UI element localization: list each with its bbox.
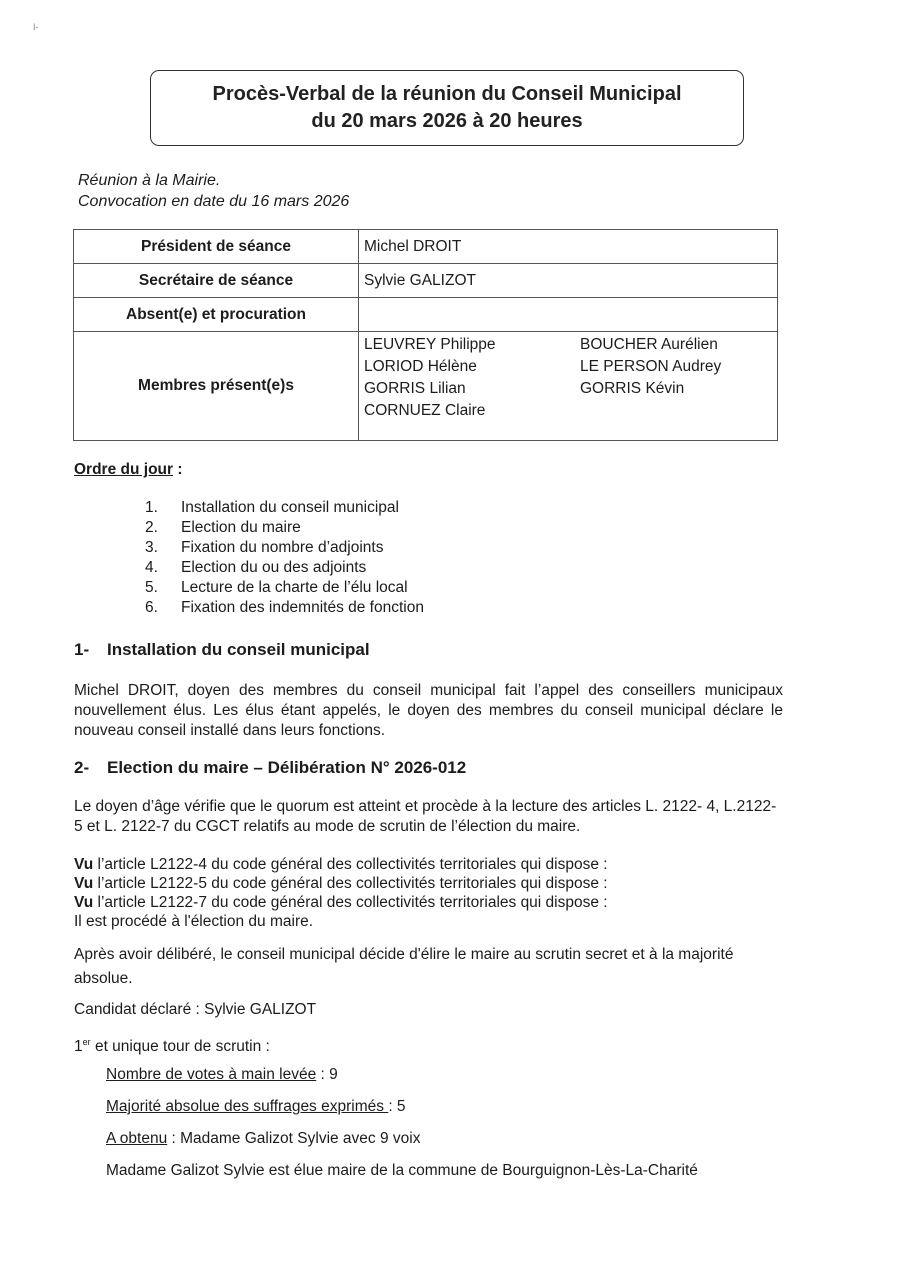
agenda-title-suffix: : (173, 461, 182, 478)
agenda-title: Ordre du jour (74, 461, 173, 478)
declared-candidate: Candidat déclaré : Sylvie GALIZOT (74, 1000, 783, 1020)
vu-keyword: Vu (74, 875, 93, 892)
section-1-heading: 1-Installation du conseil municipal (74, 640, 370, 660)
table-row: Absent(e) et procuration (74, 298, 778, 332)
member-name: GORRIS Kévin (580, 378, 721, 400)
agenda-item-number: 2. (145, 518, 181, 538)
vu-item: Vu l’article L2122-5 du code général des… (74, 874, 783, 893)
agenda-item: 5.Lecture de la charte de l’élu local (145, 578, 424, 598)
absent-value (359, 298, 778, 332)
obtained-label: A obtenu (106, 1130, 167, 1147)
absolute-majority: Majorité absolue des suffrages exprimés … (106, 1098, 406, 1116)
agenda-list: 1.Installation du conseil municipal2.Ele… (145, 498, 424, 618)
agenda-item-label: Installation du conseil municipal (181, 498, 399, 518)
election-result: Madame Galizot Sylvie est élue maire de … (106, 1162, 698, 1180)
member-name: LEUVREY Philippe (364, 334, 580, 356)
obtained-value: : Madame Galizot Sylvie avec 9 voix (167, 1130, 420, 1147)
agenda-item-label: Election du maire (181, 518, 301, 538)
round-text: et unique tour de scrutin : (91, 1038, 270, 1055)
agenda-item-label: Election du ou des adjoints (181, 558, 366, 578)
agenda-heading: Ordre du jour : (74, 461, 183, 479)
member-name: GORRIS Lilian (364, 378, 580, 400)
absent-label: Absent(e) et procuration (74, 298, 359, 332)
president-label: Président de séance (74, 230, 359, 264)
agenda-item-number: 6. (145, 598, 181, 618)
vu-item: Vu l’article L2122-7 du code général des… (74, 893, 783, 912)
members-value: LEUVREY PhilippeLORIOD HélèneGORRIS Lili… (359, 332, 778, 441)
voting-round: 1er et unique tour de scrutin : (74, 1032, 783, 1057)
agenda-item: 2.Election du maire (145, 518, 424, 538)
majority-label: Majorité absolue des suffrages exprimés (106, 1098, 388, 1115)
procede-statement: Il est procédé à l'élection du maire. (74, 912, 783, 932)
secretary-label: Secrétaire de séance (74, 264, 359, 298)
vu-keyword: Vu (74, 894, 93, 911)
section-2-intro: Le doyen d’âge vérifie que le quorum est… (74, 797, 783, 837)
section-title: Election du maire (107, 758, 249, 777)
majority-value: : 5 (388, 1098, 405, 1115)
vu-text: l’article L2122-5 du code général des co… (93, 875, 607, 892)
secretary-value: Sylvie GALIZOT (359, 264, 778, 298)
members-column-1: LEUVREY PhilippeLORIOD HélèneGORRIS Lili… (364, 334, 580, 422)
table-row: Membres présent(e)s LEUVREY PhilippeLORI… (74, 332, 778, 441)
agenda-item: 4.Election du ou des adjoints (145, 558, 424, 578)
section-2-heading: 2-Election du maire – Délibération N° 20… (74, 758, 466, 778)
president-value: Michel DROIT (359, 230, 778, 264)
vu-item: Vu l’article L2122-4 du code général des… (74, 855, 783, 874)
meeting-intro: Réunion à la Mairie. Convocation en date… (78, 170, 349, 212)
agenda-item-number: 1. (145, 498, 181, 518)
scan-mark: I- (33, 22, 39, 32)
round-ordinal: er (83, 1037, 91, 1047)
session-info-table: Président de séance Michel DROIT Secréta… (73, 229, 778, 441)
title-line-2: du 20 mars 2026 à 20 heures (151, 108, 743, 135)
section-title: Installation du conseil municipal (107, 640, 370, 659)
agenda-item: 3.Fixation du nombre d’adjoints (145, 538, 424, 558)
members-label: Membres présent(e)s (74, 332, 359, 441)
votes-count: Nombre de votes à main levée : 9 (106, 1066, 338, 1084)
vu-keyword: Vu (74, 856, 93, 873)
agenda-item-label: Fixation des indemnités de fonction (181, 598, 424, 618)
document-title-box: Procès-Verbal de la réunion du Conseil M… (150, 70, 744, 146)
agenda-item: 6.Fixation des indemnités de fonction (145, 598, 424, 618)
member-name: BOUCHER Aurélien (580, 334, 721, 356)
agenda-item-number: 4. (145, 558, 181, 578)
agenda-item-number: 5. (145, 578, 181, 598)
vu-text: l’article L2122-7 du code général des co… (93, 894, 607, 911)
convocation-date: Convocation en date du 16 mars 2026 (78, 191, 349, 212)
round-number: 1 (74, 1038, 83, 1055)
deliberation-text: Après avoir délibéré, le conseil municip… (74, 943, 783, 991)
members-column-2: BOUCHER AurélienLE PERSON AudreyGORRIS K… (580, 334, 721, 422)
vu-text: l’article L2122-4 du code général des co… (93, 856, 607, 873)
member-name: CORNUEZ Claire (364, 400, 580, 422)
vu-list: Vu l’article L2122-4 du code général des… (74, 855, 783, 912)
votes-value: : 9 (316, 1066, 338, 1083)
table-row: Secrétaire de séance Sylvie GALIZOT (74, 264, 778, 298)
section-number: 2- (74, 758, 107, 778)
member-name: LORIOD Hélène (364, 356, 580, 378)
agenda-item-label: Lecture de la charte de l’élu local (181, 578, 408, 598)
section-1-text: Michel DROIT, doyen des membres du conse… (74, 681, 783, 741)
votes-label: Nombre de votes à main levée (106, 1066, 316, 1083)
obtained-votes: A obtenu : Madame Galizot Sylvie avec 9 … (106, 1130, 420, 1148)
agenda-item: 1.Installation du conseil municipal (145, 498, 424, 518)
agenda-item-label: Fixation du nombre d’adjoints (181, 538, 383, 558)
deliberation-number: – Délibération N° 2026-012 (249, 758, 467, 777)
section-number: 1- (74, 640, 107, 660)
table-row: Président de séance Michel DROIT (74, 230, 778, 264)
agenda-item-number: 3. (145, 538, 181, 558)
member-name: LE PERSON Audrey (580, 356, 721, 378)
meeting-location: Réunion à la Mairie. (78, 170, 349, 191)
title-line-1: Procès-Verbal de la réunion du Conseil M… (151, 81, 743, 108)
